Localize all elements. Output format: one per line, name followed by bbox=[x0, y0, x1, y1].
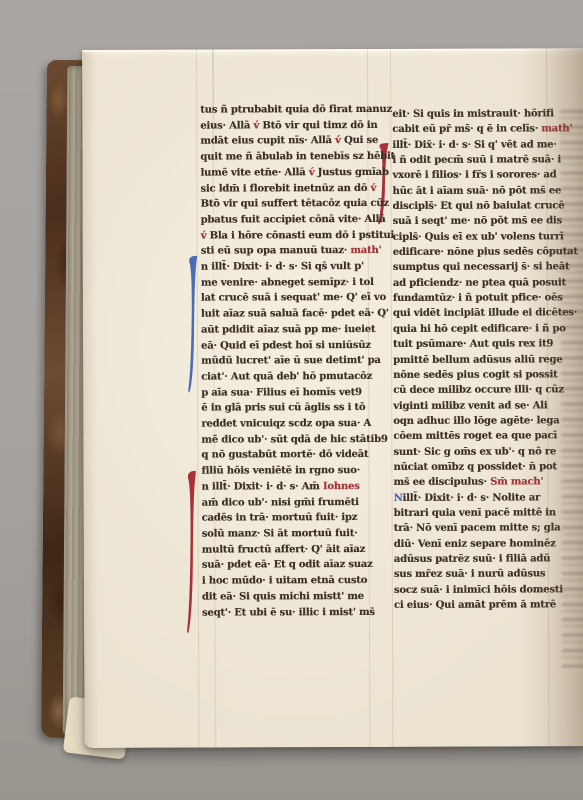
manuscript-line: lumē vite etn̄e· Allā v́ Justus gmīab bbox=[200, 165, 370, 181]
manuscript-line: tus ñ ptrubabit quia dō firat manuz bbox=[200, 102, 370, 118]
rubric-segment-red: v́ bbox=[370, 182, 376, 193]
text-segment: luit aīaz suā saluā facē· pdet eā· Q' bbox=[201, 308, 389, 320]
text-segment: multū fructū affert· Q' āit aīaz bbox=[202, 544, 365, 556]
manuscript-line: aūt pdidit aīaz suā pp me· iueiet bbox=[201, 322, 371, 338]
manuscript-line: dit eā· Si quis michi mistt' me bbox=[202, 589, 372, 605]
manuscript-page: tus ñ ptrubabit quia dō firat manuzeius·… bbox=[82, 48, 583, 748]
text-segment: Justus gmīab bbox=[318, 167, 389, 178]
rubric-segment-red: v́ bbox=[201, 230, 210, 241]
page-top-edge bbox=[82, 48, 583, 52]
manuscript-line: seqt'· Et ubi ē su· illic i mist' ms̄ bbox=[202, 604, 372, 620]
manuscript-line: sic ldm̄ i florebit inetnūz an dō v́ bbox=[200, 181, 370, 197]
manuscript-line: ē in glā pris sui cū āglis ss i tō bbox=[201, 400, 371, 416]
manuscript-line: suā· pdet eā· Et q odit aīaz suaz bbox=[202, 557, 372, 573]
manuscript-line: mē dico ub'· sūt qdā de hic stātib9 bbox=[201, 432, 371, 448]
manuscript-line: lat crucē suā i sequat' me· Q' eī vo bbox=[201, 290, 371, 306]
text-segment: Bla i hōre cōnasti eum dō i pstitui bbox=[210, 230, 394, 242]
manuscript-line: sti eū sup opa manuū tuaz· math' bbox=[201, 243, 371, 259]
manuscript-line: p aīa sua· Filius eī homīs vet9 bbox=[201, 385, 371, 401]
text-segment: filiū hōis veniētē in rgno suo· bbox=[201, 465, 360, 477]
rubric-segment-red: v́ bbox=[253, 120, 262, 131]
rubric-segment-blue: N bbox=[394, 492, 403, 503]
text-segment: eā· Quid eī pdest hoī si uniūsūz bbox=[201, 340, 371, 352]
manuscript-line: reddet vnicuiqz scdz opa sua· A bbox=[201, 416, 371, 432]
text-segment: q nō gustabūt mortē· dō videāt bbox=[201, 449, 368, 461]
manuscript-line: Btō vir qui suffert tētacōz quia cūz bbox=[201, 196, 371, 212]
manuscript-line: pbatus fuit accipiet cōnā vite· Allā bbox=[201, 212, 371, 228]
facing-page-ghost-text bbox=[560, 110, 583, 670]
text-segment: quit me ñ ābulab in tenebīs sz hēbit bbox=[200, 151, 395, 163]
text-segment: ē in glā pris sui cū āglis ss i tō bbox=[201, 402, 365, 414]
rubric-segment-red: Iohnes bbox=[323, 481, 360, 492]
text-segment: mūdū lucret' aīe ū sue detimt' pa bbox=[201, 355, 381, 367]
illuminated-initial-I-left-column-upper bbox=[185, 256, 198, 394]
text-segment: dit eā· Si quis michi mistt' me bbox=[202, 591, 364, 603]
text-segment: reddet vnicuiqz scdz opa sua· A bbox=[201, 418, 371, 430]
text-segment: suā· pdet eā· Et q odit aīaz suaz bbox=[202, 559, 373, 571]
text-segment: Btō vir qui suffert tētacōz quia cūz bbox=[201, 198, 389, 210]
text-segment: mdāt eius cupit nīs· Allā bbox=[200, 136, 335, 147]
text-segment: sic ldm̄ i florebit inetnūz an dō bbox=[200, 183, 370, 195]
manuscript-line: multū fructū affert· Q' āit aīaz bbox=[202, 542, 372, 558]
rubric-segment-red: math' bbox=[350, 245, 381, 256]
manuscript-line: cadēs in trā· mortuū fuit· ipz bbox=[202, 510, 372, 526]
manuscript-line: n illt̄· Dixit· i· d· s· Am̄ Iohnes bbox=[201, 479, 371, 495]
manuscript-line: eius· Allā v́ Btō vir qui timz dō in bbox=[200, 118, 370, 134]
text-segment: n illt̄· Dixit· i· d· s· Si qs̄ vult p' bbox=[201, 261, 364, 273]
manuscript-line: n illt̄· Dixit· i· d· s· Si qs̄ vult p' bbox=[201, 259, 371, 275]
text-segment: aūt pdidit aīaz suā pp me· iueiet bbox=[201, 324, 375, 336]
text-segment: sti eū sup opa manuū tuaz· bbox=[201, 245, 351, 257]
rubric-segment-red: v́ bbox=[335, 135, 344, 146]
manuscript-line: solū manz· Si āt mortuū fuit· bbox=[202, 526, 372, 542]
text-segment: me venire· abneget semīpz· i tol bbox=[201, 277, 374, 289]
text-segment: Btō vir qui timz dō in bbox=[262, 120, 377, 131]
manuscript-line: am̄ dico ub'· nisi gm̄i frumēti bbox=[202, 495, 372, 511]
manuscript-line: eā· Quid eī pdest hoī si uniūsūz bbox=[201, 338, 371, 354]
text-segment: p aīa sua· Filius eī homīs vet9 bbox=[201, 387, 362, 399]
manuscript-line: i hoc mūdo· i uitam etnā custo bbox=[202, 573, 372, 589]
manuscript-line: quit me ñ ābulab in tenebīs sz hēbit bbox=[200, 149, 370, 165]
text-segment: pbatus fuit accipiet cōnā vite· Allā bbox=[201, 214, 386, 226]
manuscript-photo: tus ñ ptrubabit quia dō firat manuzeius·… bbox=[0, 0, 583, 800]
manuscript-line: luit aīaz suā saluā facē· pdet eā· Q' bbox=[201, 306, 371, 322]
text-segment: solū manz· Si āt mortuū fuit· bbox=[202, 528, 358, 540]
manuscript-line: q nō gustabūt mortē· dō videāt bbox=[201, 447, 371, 463]
text-segment: lumē vite etn̄e· Allā bbox=[200, 167, 308, 178]
text-segment: am̄ dico ub'· nisi gm̄i frumēti bbox=[202, 497, 359, 509]
text-segment: mē dico ub'· sūt qdā de hic stātib9 bbox=[201, 434, 387, 446]
text-segment: cadēs in trā· mortuū fuit· ipz bbox=[202, 512, 358, 524]
manuscript-line: filiū hōis veniētē in rgno suo· bbox=[201, 463, 371, 479]
text-segment: tus ñ ptrubabit quia dō firat manuz bbox=[200, 104, 392, 116]
manuscript-line: mdāt eius cupit nīs· Allā v́ Qui se bbox=[200, 133, 370, 149]
illuminated-initial-I-left-column-lower bbox=[183, 471, 197, 635]
manuscript-line: ciat'· Aut quā deb' hō pmutacōz bbox=[201, 369, 371, 385]
manuscript-line: v́ Bla i hōre cōnasti eum dō i pstitui bbox=[201, 228, 371, 244]
text-segment: seqt'· Et ubi ē su· illic i mist' ms̄ bbox=[202, 606, 375, 618]
text-segment: ciat'· Aut quā deb' hō pmutacōz bbox=[201, 371, 372, 383]
rubric-segment-red: v́ bbox=[309, 167, 318, 178]
text-segment: n illt̄· Dixit· i· d· s· Am̄ bbox=[202, 481, 323, 492]
manuscript-line: me venire· abneget semīpz· i tol bbox=[201, 275, 371, 291]
text-column-left: tus ñ ptrubabit quia dō firat manuzeius·… bbox=[200, 102, 372, 621]
ruling-line bbox=[196, 50, 199, 748]
text-segment: ms̄ ee discipulus· bbox=[393, 477, 490, 488]
text-segment: i hoc mūdo· i uitam etnā custo bbox=[202, 575, 367, 587]
text-segment: lat crucē suā i sequat' me· Q' eī vo bbox=[201, 292, 386, 304]
manuscript-line: mūdū lucret' aīe ū sue detimt' pa bbox=[201, 353, 371, 369]
text-segment: eius· Allā bbox=[200, 120, 253, 131]
text-segment: Qui se bbox=[344, 135, 378, 146]
